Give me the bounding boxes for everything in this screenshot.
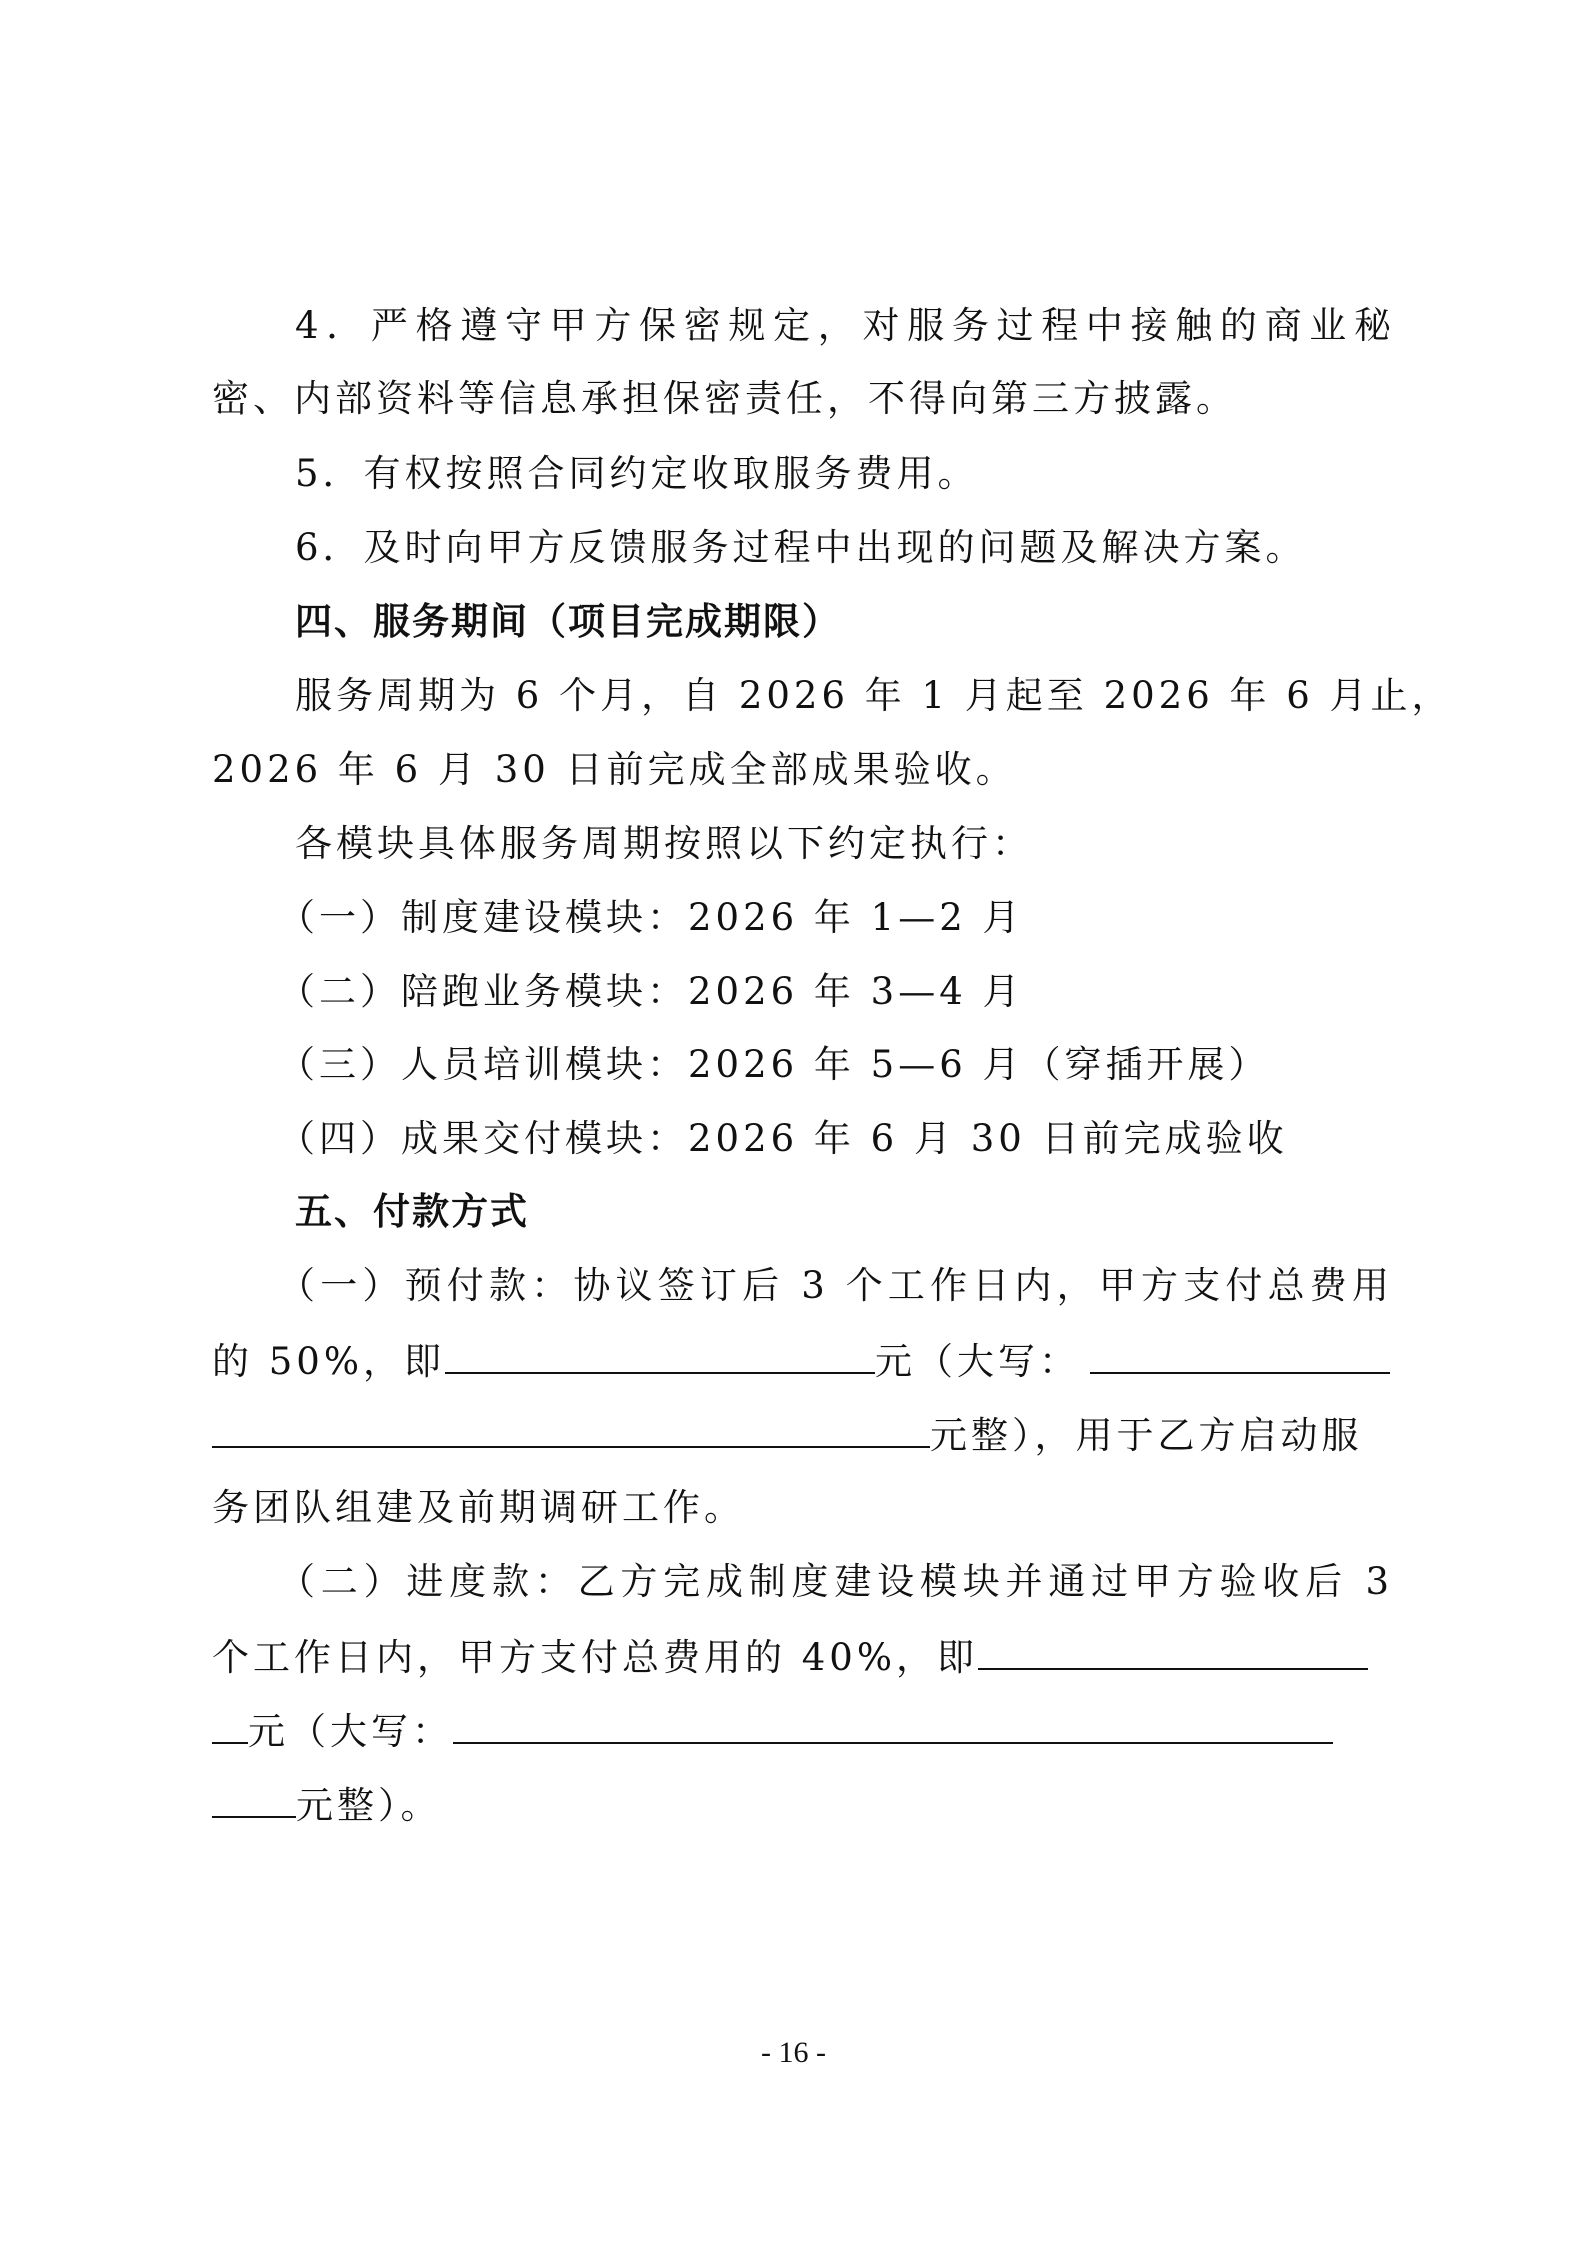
- paragraph-line: （一）预付款：协议签订后 3 个工作日内，甲方支付总费用: [278, 1262, 1393, 1310]
- document-page: 4．严格遵守甲方保密规定，对服务过程中接触的商业秘 密、内部资料等信息承担保密责…: [0, 0, 1587, 2245]
- paragraph-line: 元整），用于乙方启动服: [212, 1410, 1392, 1460]
- text-fragment: 个工作日内，甲方支付总费用的 40%，即: [212, 1636, 978, 1679]
- paragraph-line: 的 50%，即元（大写：: [212, 1336, 1392, 1386]
- amount-blank-field[interactable]: [445, 1336, 875, 1374]
- module-item: （一）制度建设模块：2026 年 1—2 月: [278, 894, 1458, 942]
- text-fragment: 的 50%，即: [212, 1340, 445, 1383]
- paragraph-line: 各模块具体服务周期按照以下约定执行：: [295, 820, 1395, 868]
- paragraph-line: 5．有权按照合同约定收取服务费用。: [295, 450, 1395, 498]
- paragraph-line: 密、内部资料等信息承担保密责任，不得向第三方披露。: [212, 375, 1392, 423]
- paragraph-line: 服务周期为 6 个月，自 2026 年 1 月起至 2026 年 6 月止，: [295, 672, 1395, 720]
- text-fragment: 元整），用于乙方启动服: [930, 1414, 1363, 1457]
- paragraph-line: （二）进度款：乙方完成制度建设模块并通过甲方验收后 3: [278, 1558, 1393, 1606]
- text-fragment: 元整）。: [296, 1784, 442, 1827]
- paragraph-line: 2026 年 6 月 30 日前完成全部成果验收。: [212, 746, 1392, 794]
- amount-in-words-blank-field[interactable]: [1090, 1336, 1390, 1374]
- paragraph-line: 务团队组建及前期调研工作。: [212, 1484, 1392, 1532]
- text-fragment: 元（大写：: [248, 1710, 453, 1753]
- paragraph-line: 4．严格遵守甲方保密规定，对服务过程中接触的商业秘: [295, 302, 1395, 350]
- paragraph-line: 元（大写：: [212, 1706, 1392, 1756]
- page-number: - 16 -: [0, 2036, 1587, 2070]
- paragraph-line: 个工作日内，甲方支付总费用的 40%，即: [212, 1632, 1392, 1682]
- module-item: （四）成果交付模块：2026 年 6 月 30 日前完成验收: [278, 1115, 1458, 1163]
- text-fragment: 元（大写：: [875, 1340, 1080, 1383]
- section-heading: 五、付款方式: [295, 1188, 1395, 1236]
- section-heading: 四、服务期间（项目完成期限）: [295, 598, 1395, 646]
- module-item: （二）陪跑业务模块：2026 年 3—4 月: [278, 968, 1458, 1016]
- paragraph-line: 6．及时向甲方反馈服务过程中出现的问题及解决方案。: [295, 524, 1395, 572]
- amount-in-words-blank-field-cont[interactable]: [212, 1780, 296, 1818]
- paragraph-line: 元整）。: [212, 1780, 1392, 1830]
- amount-in-words-blank-field[interactable]: [453, 1706, 1333, 1744]
- amount-blank-field[interactable]: [978, 1632, 1368, 1670]
- module-item: （三）人员培训模块：2026 年 5—6 月（穿插开展）: [278, 1041, 1458, 1089]
- amount-in-words-blank-field-cont[interactable]: [212, 1410, 930, 1448]
- amount-blank-field-cont[interactable]: [212, 1706, 248, 1744]
